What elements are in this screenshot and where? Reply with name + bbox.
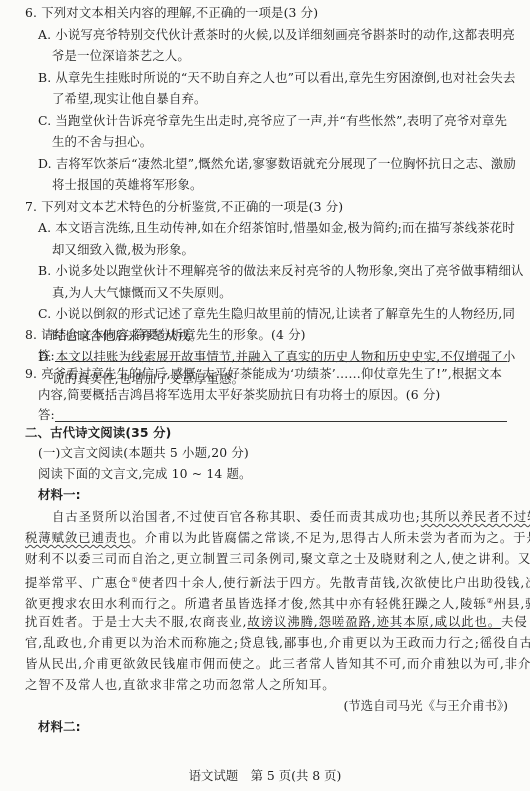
text-segment: 使者四十余人,使行新法于四方。先散青苗钱,次欲使比户出助役钱,次又 [139,575,530,590]
footnote-marker: ② [487,597,494,605]
q6-option-b-cont: 了希望,现实让他自暴自弃。 [52,91,207,107]
material-1-label: 材料一: [38,487,81,503]
text-segment: 扰百姓者。于是士大夫不服,农商丧业, [25,614,247,629]
underlined-text: 故谤议沸腾,怨嗟盈路,迹其本原,咸以此也。 [247,614,501,629]
material-1-line: 扰百姓者。于是士大夫不服,农商丧业,故谤议沸腾,怨嗟盈路,迹其本原,咸以此也。夫… [25,614,528,630]
q7-option-b-cont: 真,为人大气慷慨而又不失原则。 [52,285,232,301]
q7-option-a: A. 本文语言洗练,且生动传神,如在介绍茶馆时,惜墨如金,极为简约;而在描写茶线… [38,220,515,236]
wavy-underlined-text: 税薄赋敛已逋责也 [25,530,131,545]
material-1-line: 之智不及常人也,直欲求非常之功而忽常人之所知耳。 [25,677,336,693]
footnote-marker: ① [131,576,138,584]
q9-stem-cont: 内容,简要概括吉鸿昌将军选用太平好茶奖励抗日有功将士的原因。(6 分) [38,387,440,403]
q6-option-d-cont: 将士报国的英雄将军形象。 [52,177,203,193]
material-1-line: 提举常平、广惠仓①使者四十余人,使行新法于四方。先散青苗钱,次欲使比户出助役钱,… [25,572,530,591]
q7-option-d: D. 本文以挂账为线索展开故事情节,并融入了真实的历史人物和历史史实,不仅增强了… [38,349,515,365]
q6-option-a: A. 小说写亮爷特别交代伙计煮茶时的火候,以及详细刻画亮爷斟茶时的动作,这都表明… [38,27,515,43]
q7-option-a-cont: 却又细致入微,极为形象。 [52,242,194,258]
q7-stem: 7. 下列对文本艺术特色的分析鉴赏,不正确的一项是(3 分) [25,199,343,215]
q9-answer-field[interactable] [55,421,507,422]
subsection-title: (一)文言文阅读(本题共 5 小题,20 分) [38,445,249,461]
q6-option-c-cont: 生的不舍与担心。 [52,134,152,150]
q6-option-a-cont: 爷是一位深谙茶艺之人。 [52,48,190,64]
material-1-line: 自古圣贤所以治国者,不过使百官各称其职、委任而责其成功也;其所以养民者不过轻租 [52,509,530,525]
text-segment: 。介甫以为此皆腐儒之常谈,不足为,思得古人所未尝为者而为之。于是 [131,530,530,545]
reading-instruction: 阅读下面的文言文,完成 10 ~ 14 题。 [38,466,252,482]
section-title: 二、古代诗文阅读(35 分) [25,425,172,441]
text-segment: 提举常平、广惠仓 [25,575,131,590]
q8-answer-label: 答: [38,348,55,364]
q6-option-b: B. 从章先生挂账时所说的“天不助自弃之人也”可以看出,章先生穷困潦倒,也对社会… [38,70,516,86]
wavy-underlined-text: 其所以养民者不过轻租 [421,509,530,524]
q7-option-b: B. 小说多处以跑堂伙计不理解亮爷的做法来反衬亮爷的人物形象,突出了亮爷做事精细… [38,263,524,279]
page-footer: 语文试题 第 5 页(共 8 页) [0,766,530,784]
material-1-source: (节选自司马光《与王介甫书》) [343,698,508,714]
q9-stem: 9. 亮爷看过章先生的信后,感慨“太平好茶能成为‘功绩茶’……仰仗章先生了!”,… [25,366,502,382]
text-segment: 欲更搜求农田水利而行之。所遣者虽皆选择才俊,然其中亦有轻佻狂躁之人,陵轹 [25,596,487,611]
text-segment: 州县,骚 [494,596,530,611]
material-1-line: 税薄赋敛已逋责也。介甫以为此皆腐儒之常谈,不足为,思得古人所未尝为者而为之。于是 [25,530,530,546]
q7-option-c: C. 小说以倒叙的形式记述了章先生隐归故里前的情况,让读者了解章先生的人物经历,… [38,306,515,322]
q8-answer-field[interactable] [55,361,507,362]
text-segment: 自古圣贤所以治国者,不过使百官各称其职、委任而责其成功也; [52,509,421,524]
q9-answer-label: 答: [38,407,55,423]
material-1-line: 官,乱政也,介甫更以为治术而称施之;贷息钱,鄙事也,介甫更以为王政而力行之;徭役… [25,635,530,651]
q6-option-c: C. 当跑堂伙计告诉亮爷章先生出走时,亮爷应了一声,并“有些怅然”,表明了亮爷对… [38,113,507,129]
text-segment: 夫侵 [501,614,528,629]
q6-stem: 6. 下列对文本相关内容的理解,不正确的一项是(3 分) [25,5,318,21]
material-1-line: 皆从民出,介甫更欲敛民钱雇市佣而使之。此三者常人皆知其不可,而介甫独以为可,非介… [25,656,530,672]
q8-stem: 8. 请结合文本内容,简要分析章先生的形象。(4 分) [25,327,306,343]
q6-option-d: D. 吉将军饮茶后“凄然北望”,慨然允诺,寥寥数语就充分展现了一位胸怀抗日之志、… [38,156,516,172]
material-1-line: 财利不以委三司而自治之,更立制置三司条例司,聚文章之士及晓财利之人,使之讲利。又… [25,551,530,567]
material-2-label: 材料二: [38,719,81,735]
material-1-line: 欲更搜求农田水利而行之。所遣者虽皆选择才俊,然其中亦有轻佻狂躁之人,陵轹②州县,… [25,593,530,612]
